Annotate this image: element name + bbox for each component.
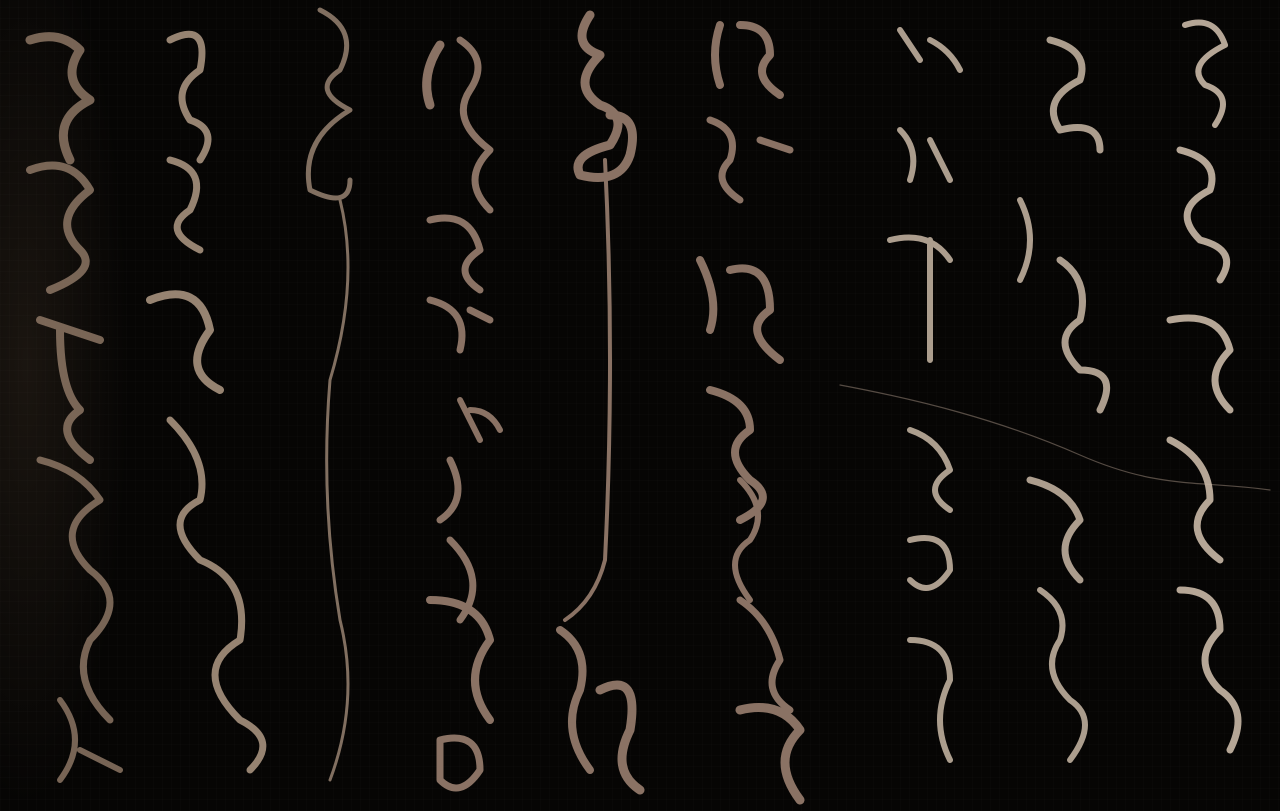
column-9 xyxy=(1170,23,1238,751)
column-7 xyxy=(890,30,960,760)
column-8 xyxy=(1020,40,1107,760)
column-3 xyxy=(308,10,350,780)
column-1 xyxy=(30,37,120,780)
column-4 xyxy=(427,40,500,788)
calligraphy-strokes xyxy=(0,0,1280,811)
column-5 xyxy=(560,15,640,790)
column-6 xyxy=(700,25,800,800)
column-2 xyxy=(150,34,263,770)
calligraphy-artwork: Chinese cursive-script calligraphy rubbi… xyxy=(0,0,1280,811)
